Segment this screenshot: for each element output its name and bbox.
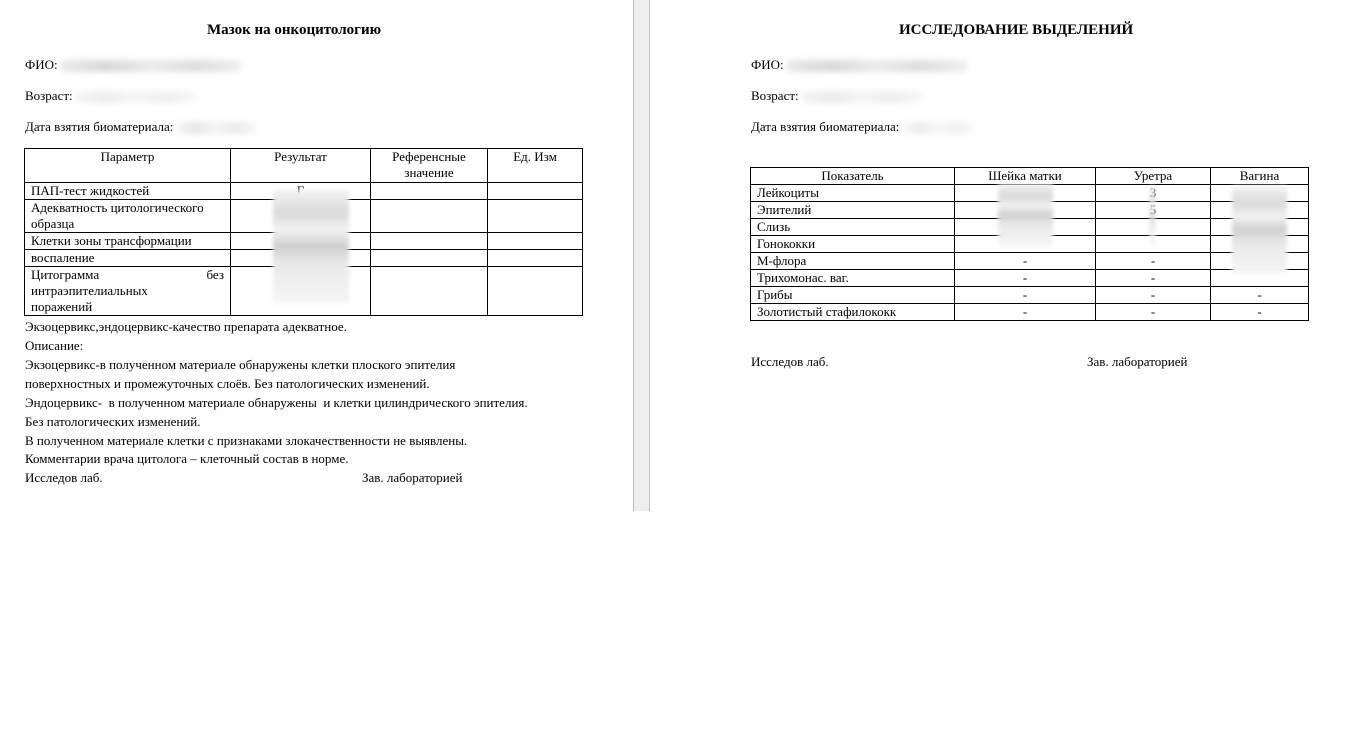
- unit-cell: [488, 267, 583, 316]
- indicator-cell: Гонококки: [751, 236, 955, 253]
- ref-cell: [371, 233, 488, 250]
- table-row: М-флора--Б: [751, 253, 1309, 270]
- header-unit: Ед. Изм: [488, 149, 583, 183]
- cervix-cell: -: [955, 287, 1096, 304]
- paragraph: Экзоцервикс-в полученном материале обнар…: [25, 357, 455, 373]
- page-divider: [633, 0, 650, 511]
- param-cell: Клетки зоны трансформации: [25, 233, 231, 250]
- indicator-cell: Слизь: [751, 219, 955, 236]
- date-redacted: [177, 122, 255, 134]
- right-page-title: ИССЛЕДОВАНИЕ ВЫДЕЛЕНИЙ: [899, 22, 1133, 39]
- indicator-cell: Грибы: [751, 287, 955, 304]
- param-cell: воспаление: [25, 250, 231, 267]
- left-page-title: Мазок на онкоцитологию: [207, 22, 381, 39]
- ref-cell: [371, 267, 488, 316]
- paragraph: Без патологических изменений.: [25, 414, 200, 430]
- urethra-cell: -: [1096, 253, 1211, 270]
- header-indicator: Показатель: [751, 168, 955, 185]
- vagina-redaction: [1232, 186, 1287, 274]
- fio-label: ФИО:: [751, 57, 784, 72]
- fio-redacted: [61, 60, 241, 72]
- unit-cell: [488, 200, 583, 233]
- vagina-cell: -: [1211, 304, 1309, 321]
- indicator-cell: Эпителий: [751, 202, 955, 219]
- age-row: Возраст:: [751, 88, 922, 104]
- fio-redacted: [787, 60, 967, 72]
- header-result: Результат: [231, 149, 371, 183]
- fio-label: ФИО:: [25, 57, 58, 72]
- unit-cell: [488, 183, 583, 200]
- cervix-cell: -: [955, 270, 1096, 287]
- indicator-cell: М-флора: [751, 253, 955, 270]
- date-row: Дата взятия биоматериала:: [751, 119, 973, 135]
- date-label: Дата взятия биоматериала:: [751, 119, 899, 134]
- header-parameter: Параметр: [25, 149, 231, 183]
- cervix-cell: -: [955, 253, 1096, 270]
- paragraph: Описание:: [25, 338, 83, 354]
- header-cervix: Шейка матки: [955, 168, 1096, 185]
- cervix-cell: -: [955, 304, 1096, 321]
- age-redacted: [802, 91, 922, 103]
- header-reference: Референсные значение: [371, 149, 488, 183]
- urethra-redaction: [1150, 186, 1155, 246]
- paragraph: Эндоцервикс- в полученном материале обна…: [25, 395, 528, 411]
- param-cell: Цитограмма без интраэпителиальных пораже…: [25, 267, 231, 316]
- urethra-cell: -: [1096, 304, 1211, 321]
- fio-row: ФИО:: [751, 57, 967, 73]
- right-document-page: ИССЛЕДОВАНИЕ ВЫДЕЛЕНИЙ ФИО: Возраст: Дат…: [650, 0, 1349, 511]
- signature-lab-head: Зав. лабораторией: [362, 470, 462, 486]
- ref-cell: [371, 183, 488, 200]
- date-row: Дата взятия биоматериала:: [25, 119, 255, 135]
- param-line: поражений: [31, 299, 224, 315]
- param-cell: Адекватность цитологического образца: [25, 200, 231, 233]
- signature-lab-head: Зав. лабораторией: [1087, 354, 1187, 370]
- urethra-cell: -: [1096, 287, 1211, 304]
- header-vagina: Вагина: [1211, 168, 1309, 185]
- header-urethra: Уретра: [1096, 168, 1211, 185]
- signature-lab-researcher: Исследов лаб.: [25, 470, 103, 486]
- indicator-cell: Трихомонас. ваг.: [751, 270, 955, 287]
- urethra-cell: -: [1096, 270, 1211, 287]
- paragraph: поверхностных и промежуточных слоёв. Без…: [25, 376, 430, 392]
- param-line: интраэпителиальных: [31, 283, 224, 299]
- date-label: Дата взятия биоматериала:: [25, 119, 173, 134]
- date-redacted: [903, 122, 973, 134]
- param-line: Цитограмма: [31, 267, 99, 283]
- param-cell: ПАП-тест жидкостей: [25, 183, 231, 200]
- paragraph: Экзоцервикс,эндоцервикс-качество препара…: [25, 319, 347, 335]
- table-row: Грибы---: [751, 287, 1309, 304]
- table-row: Золотистый стафилококк---: [751, 304, 1309, 321]
- vagina-cell: -: [1211, 287, 1309, 304]
- left-document-page: Мазок на онкоцитологию ФИО: Возраст: Дат…: [0, 0, 633, 511]
- paragraph: Комментарии врача цитолога – клеточный с…: [25, 451, 348, 467]
- ref-cell: [371, 200, 488, 233]
- fio-row: ФИО:: [25, 57, 241, 73]
- param-line: без: [206, 267, 224, 283]
- signature-lab-researcher: Исследов лаб.: [751, 354, 829, 370]
- indicator-cell: Золотистый стафилококк: [751, 304, 955, 321]
- paragraph: В полученном материале клетки с признака…: [25, 433, 467, 449]
- age-label: Возраст:: [25, 88, 73, 103]
- age-label: Возраст:: [751, 88, 799, 103]
- age-redacted: [76, 91, 196, 103]
- age-row: Возраст:: [25, 88, 196, 104]
- unit-cell: [488, 233, 583, 250]
- indicator-cell: Лейкоциты: [751, 185, 955, 202]
- result-redaction: [273, 190, 349, 303]
- cervix-redaction: [998, 184, 1053, 246]
- ref-cell: [371, 250, 488, 267]
- unit-cell: [488, 250, 583, 267]
- table-row: Трихомонас. ваг.--: [751, 270, 1309, 287]
